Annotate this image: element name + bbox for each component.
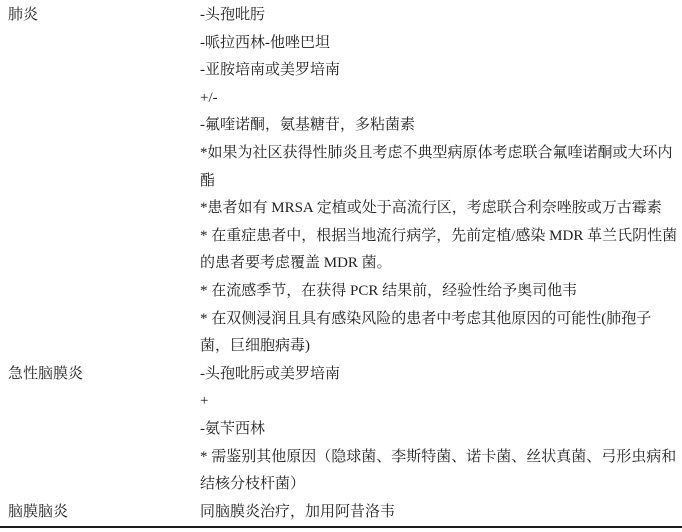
treatment-line: +/- — [200, 85, 678, 113]
treatment-line: -头孢吡肟 — [200, 2, 678, 30]
treatment-content-pneumonia: -头孢吡肟 -哌拉西林-他唑巴坦 -亚胺培南或美罗培南 +/- -氟喹诺酮，氨基… — [200, 2, 682, 361]
table-row-pneumonia: 肺炎 -头孢吡肟 -哌拉西林-他唑巴坦 -亚胺培南或美罗培南 +/- -氟喹诺酮… — [0, 2, 682, 361]
treatment-note: * 需鉴别其他原因（隐球菌、李斯特菌、诺卡菌、丝状真菌、弓形虫病和结核分枝杆菌） — [200, 444, 678, 499]
treatment-note: *如果为社区获得性肺炎且考虑不典型病原体考虑联合氟喹诺酮或大环内酯 — [200, 140, 678, 195]
treatment-note: *患者如有 MRSA 定植或处于高流行区，考虑联合利奈唑胺或万古霉素 — [200, 195, 678, 223]
condition-label-acute-meningitis: 急性脑膜炎 — [0, 361, 200, 389]
treatment-line: -亚胺培南或美罗培南 — [200, 57, 678, 85]
treatment-note: * 在流感季节，在获得 PCR 结果前，经验性给予奥司他韦 — [200, 278, 678, 306]
treatment-note: * 在重症患者中，根据当地流行病学，先前定植/感染 MDR 革兰氏阴性菌的患者要… — [200, 223, 678, 278]
treatment-table: 肺炎 -头孢吡肟 -哌拉西林-他唑巴坦 -亚胺培南或美罗培南 +/- -氟喹诺酮… — [0, 0, 682, 528]
treatment-line: -氨苄西林 — [200, 416, 678, 444]
treatment-line: -哌拉西林-他唑巴坦 — [200, 30, 678, 58]
condition-label-meningoencephalitis: 脑膜脑炎 — [0, 499, 200, 527]
treatment-line: + — [200, 388, 678, 416]
treatment-content-acute-meningitis: -头孢吡肟或美罗培南 + -氨苄西林 * 需鉴别其他原因（隐球菌、李斯特菌、诺卡… — [200, 361, 682, 499]
treatment-line: 同脑膜炎治疗，加用阿昔洛韦 — [200, 499, 678, 527]
treatment-content-meningoencephalitis: 同脑膜炎治疗，加用阿昔洛韦 — [200, 499, 682, 527]
treatment-note: * 在双侧浸润且具有感染风险的患者中考虑其他原因的可能性(肺孢子菌，巨细胞病毒) — [200, 306, 678, 361]
table-row-acute-meningitis: 急性脑膜炎 -头孢吡肟或美罗培南 + -氨苄西林 * 需鉴别其他原因（隐球菌、李… — [0, 361, 682, 499]
table-row-meningoencephalitis: 脑膜脑炎 同脑膜炎治疗，加用阿昔洛韦 — [0, 499, 682, 527]
condition-label-pneumonia: 肺炎 — [0, 2, 200, 30]
treatment-line: -氟喹诺酮，氨基糖苷，多粘菌素 — [200, 112, 678, 140]
treatment-line: -头孢吡肟或美罗培南 — [200, 361, 678, 389]
